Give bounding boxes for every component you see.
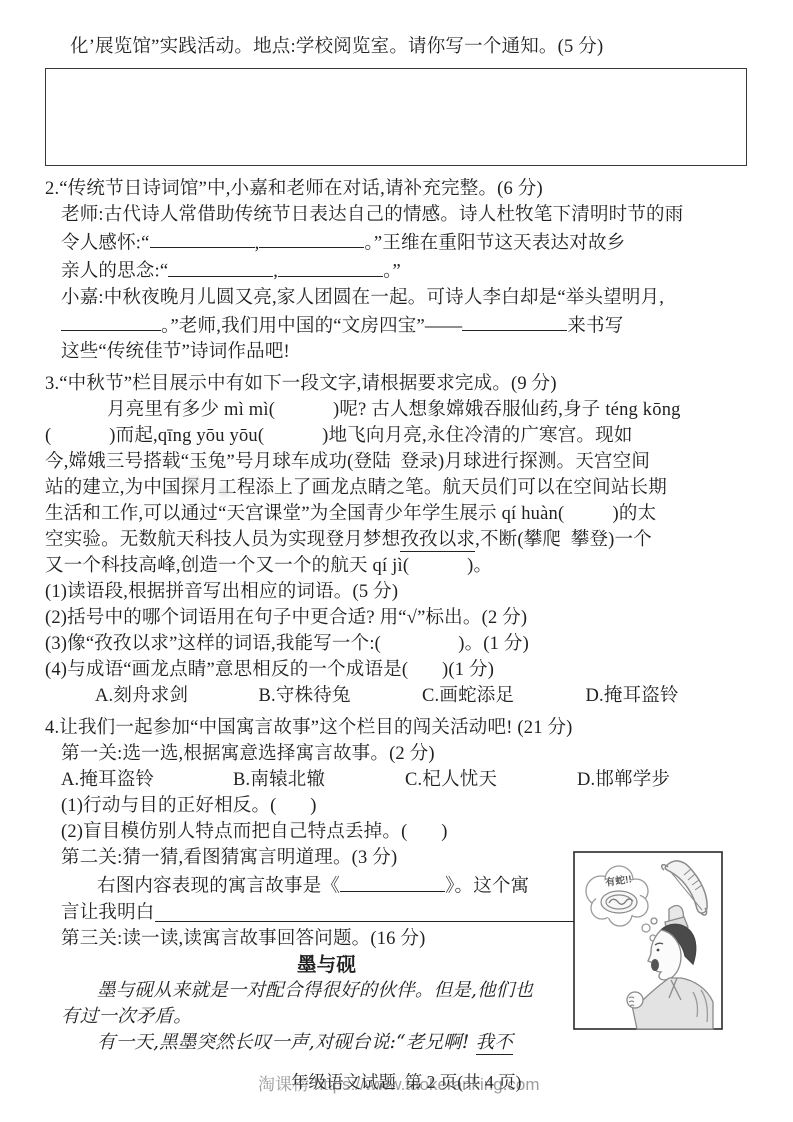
fable-illustration: 有蛇!! (573, 851, 723, 1031)
q4-gate3: 第三关:读一读,读寓言故事回答问题。(16 分) (45, 926, 576, 952)
q4-mingbai-text: 言让我明白 (61, 900, 155, 926)
q2-blank3-post: 来书写 (567, 316, 623, 336)
q3-passage-line-1: 月亮里有多少 mì mì( )呢? 古人想象嫦娥吞服仙药,身子 téng kōn… (45, 397, 749, 423)
answer-blank (259, 228, 364, 248)
q4-heading: 4.让我们一起参加“中国寓言故事”这个栏目的闯关活动吧! (21 分) (45, 715, 749, 741)
q3-sub1: (1)读语段,根据拼音写出相应的词语。(5 分) (45, 579, 749, 605)
q3-passage-line-2: ( )而起,qīng yōu yōu( )地飞向月亮,永住冷清的广寒宫。现如 (45, 423, 749, 449)
q2-blank2-post: 。” (383, 262, 401, 282)
q3-idiom-underlined: 孜孜以求 (400, 530, 475, 552)
q3-line6-pre: 空实验。无数航天科技人员为实现登月梦想 (45, 530, 400, 550)
scan-smudge (218, 486, 231, 496)
q3-passage-line-6: 空实验。无数航天科技人员为实现登月梦想孜孜以求,不断(攀爬 攀登)一个 (45, 527, 749, 553)
q3-sub3: (3)像“孜孜以求”这样的词语,我能写一个:( )。(1 分) (45, 631, 749, 657)
q4-option-a: A.掩耳盗铃 (61, 767, 233, 793)
q2-closing-line: 这些“传统佳节”诗词作品吧! (45, 339, 749, 365)
q1-intro-line: 化’展览馆”实践活动。地点:学校阅览室。请你写一个通知。(5 分) (45, 34, 749, 60)
q2-xiaojia-line: 小嘉:中秋夜晚月儿圆又亮,家人团圆在一起。可诗人李白却是“举头望明月, (45, 285, 749, 311)
q3-option-b: B.守株待兔 (259, 683, 423, 709)
footer-page-info: 年级语文试题 第 2 页(共 4 页) (291, 1069, 521, 1094)
q3-options-row: A.刻舟求剑 B.守株待兔 C.画蛇添足 D.掩耳盗铃 (45, 683, 749, 709)
answer-blank (462, 311, 567, 331)
q4-story-line-1: 墨与砚从来就是一对配合得很好的伙伴。但是,他们也 (45, 978, 612, 1004)
q2-blank3-mid: 。”老师,我们用中国的“文房四宝”—— (161, 316, 462, 336)
q4-picture-question-line: 右图内容表现的寓言故事是《》。这个寓 (45, 871, 612, 899)
q4-option-c: C.杞人忧天 (405, 767, 577, 793)
q4-option-d: D.邯郸学步 (577, 767, 749, 793)
q2-blank2-pre: 亲人的思念:“ (61, 262, 168, 282)
q4-story-l3-underlined: 我不 (476, 1032, 513, 1055)
notice-answer-box (45, 68, 747, 166)
q3-option-a: A.刻舟求剑 (95, 683, 259, 709)
cup-with-snake-icon (601, 891, 637, 913)
q4-gate1: 第一关:选一选,根据寓意选择寓言故事。(2 分) (45, 741, 749, 767)
q3-sub2: (2)括号中的哪个词语用在句子中更合适? 用“√”标出。(2 分) (45, 605, 749, 631)
answer-blank (61, 311, 161, 331)
answer-blank (168, 256, 273, 276)
q3-passage-line-4: 站的建立,为中国探月工程添上了画龙点睛之笔。航天员们可以在空间站长期 (45, 475, 749, 501)
q2-blank1-post: 。”王维在重阳节这天表达对故乡 (364, 233, 625, 253)
exam-page: { "intro": { "line": "化’展览馆”实践活动。地点:学校阅览… (0, 0, 793, 1122)
q2-blank-line-2: 亲人的思念:“,。” (45, 256, 749, 284)
answer-blank (340, 871, 445, 891)
q3-sub4: (4)与成语“画龙点睛”意思相反的一个成语是( )(1 分) (45, 657, 749, 683)
q4-options-row: A.掩耳盗铃 B.南辕北辙 C.杞人忧天 D.邯郸学步 (45, 767, 749, 793)
q2-blank-line-3: 。”老师,我们用中国的“文房四宝”——来书写 (45, 311, 749, 339)
q4-mingbai-line: 言让我明白 (45, 900, 576, 926)
q4-option-b: B.南辕北辙 (233, 767, 405, 793)
q3-passage-line-5: 生活和工作,可以通过“天宫课堂”为全国青少年学生展示 qí huàn( )的太 (45, 501, 749, 527)
q3-option-c: C.画蛇添足 (422, 683, 586, 709)
q3-passage-line-3: 今,嫦娥三号搭载“玉兔”号月球车成功(登陆 登录)月球进行探测。天宫空间 (45, 449, 749, 475)
q4-story-l3-pre: 有一天,黑墨突然长叹一声,对砚台说:“老兄啊! (97, 1032, 476, 1053)
q4-sub1: (1)行动与目的正好相反。( ) (45, 793, 749, 819)
q4-story-line-3: 有一天,黑墨突然长叹一声,对砚台说:“老兄啊! 我不 (45, 1030, 612, 1056)
q4-picture-q-pre: 右图内容表现的寓言故事是《 (97, 877, 340, 897)
q2-blank-line-1: 令人感怀:“,。”王维在重阳节这天表达对故乡 (45, 228, 749, 256)
q3-option-d: D.掩耳盗铃 (586, 683, 750, 709)
q3-passage-line-7: 又一个科技高峰,创造一个又一个的航天 qí jì( )。 (45, 553, 749, 579)
scan-smudge (185, 476, 201, 488)
q4-sub2: (2)盲目模仿别人特点而把自己特点丢掉。( ) (45, 819, 749, 845)
q2-teacher-line: 老师:古代诗人常借助传统节日表达自己的情感。诗人杜牧笔下清明时节的雨 (45, 202, 749, 228)
q2-blank1-pre: 令人感怀:“ (61, 233, 150, 253)
q4-story-title: 墨与砚 (45, 952, 584, 978)
q4-picture-q-post: 》。这个寓 (445, 877, 529, 897)
q2-heading: 2.“传统节日诗词馆”中,小嘉和老师在对话,请补充完整。(6 分) (45, 176, 749, 202)
answer-blank (150, 228, 255, 248)
q3-line6-post: ,不断(攀爬 攀登)一个 (475, 530, 652, 550)
q3-heading: 3.“中秋节”栏目展示中有如下一段文字,请根据要求完成。(9 分) (45, 371, 749, 397)
q4-story-line-2: 有过一次矛盾。 (45, 1004, 576, 1030)
answer-blank (278, 256, 383, 276)
answer-blank (155, 921, 576, 922)
